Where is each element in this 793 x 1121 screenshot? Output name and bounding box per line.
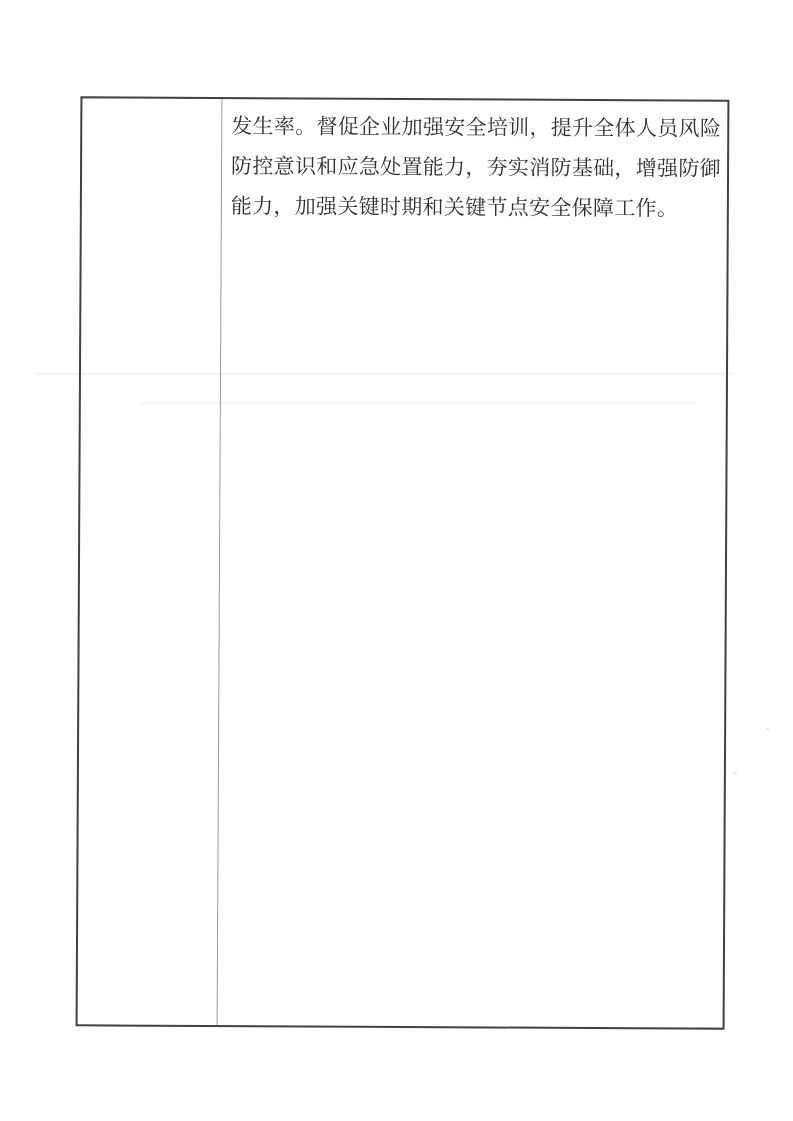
table-cell-left-empty <box>78 98 223 1025</box>
document-page: 发生率。督促企业加强安全培训，提升全体人员风险 防控意识和应急处置能力，夯实消防… <box>0 0 793 1121</box>
paragraph-line-3: 能力，加强关键时期和关键节点安全保障工作。 <box>231 186 721 229</box>
table: 发生率。督促企业加强安全培训，提升全体人员风险 防控意识和应急处置能力，夯实消防… <box>76 96 730 1029</box>
scan-artifact-speck <box>734 772 737 774</box>
paragraph-line-1: 发生率。督促企业加强安全培训，提升全体人员风险 <box>231 106 721 149</box>
paragraph-line-2: 防控意识和应急处置能力，夯实消防基础，增强防御 <box>231 146 721 189</box>
table-cell-content: 发生率。督促企业加强安全培训，提升全体人员风险 防控意识和应急处置能力，夯实消防… <box>218 99 732 1028</box>
scan-artifact-speck <box>766 728 769 730</box>
